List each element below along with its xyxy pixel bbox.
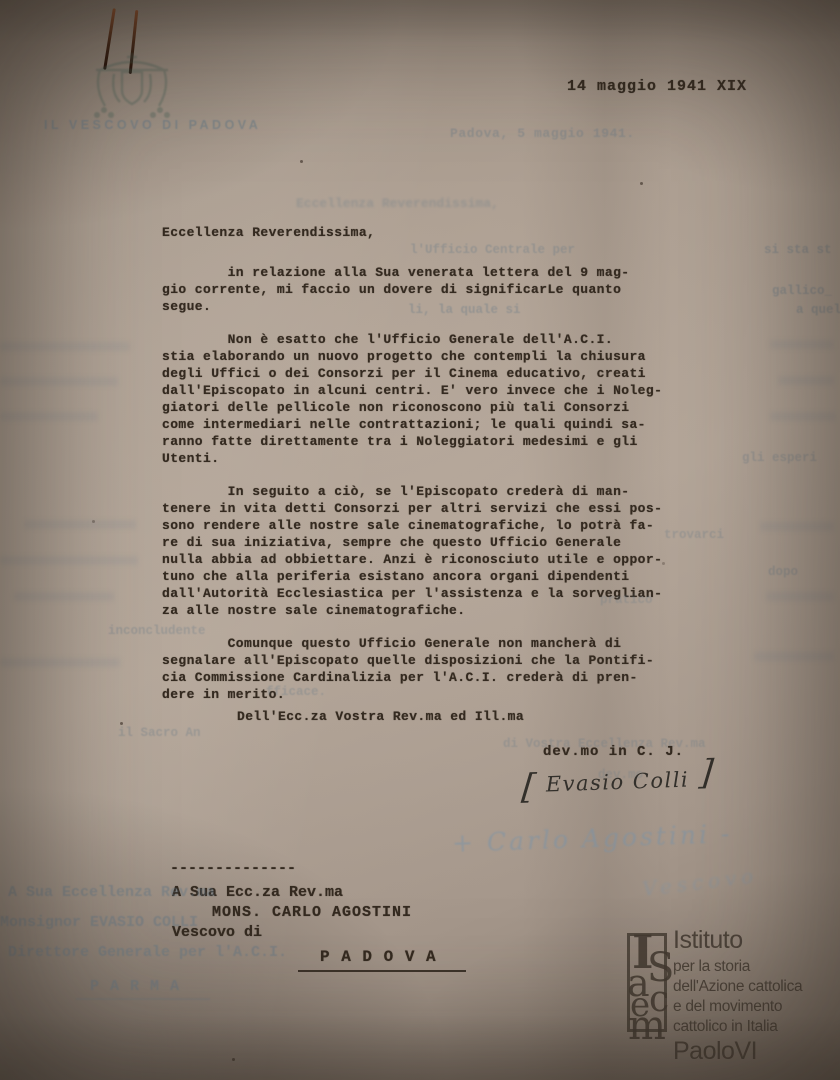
ghost-signature-title: Vescovo (641, 863, 759, 901)
letter-line: gio corrente, mi faccio un dovere di sig… (162, 281, 662, 298)
watermark-line: dell'Azione cattolica (673, 978, 802, 996)
recipient-line: MONS. CARLO AGOSTINI (212, 904, 412, 921)
ghost-fragment: trovarci (664, 528, 724, 542)
letter-line: giatori delle pellicole non riconoscono … (162, 399, 662, 416)
ghost-fragment: si sta st (764, 243, 832, 257)
recipient-city: P A D O V A (298, 948, 466, 972)
letter-line: In seguito a ciò, se l'Episcopato creder… (162, 483, 662, 500)
ghost-signature: + Carlo Agostini - (452, 819, 733, 858)
paper-speck (120, 722, 123, 725)
watermark-brand: PaoloVI (673, 1037, 802, 1066)
paper-speck (640, 182, 643, 185)
letter-line: in relazione alla Sua venerata lettera d… (162, 264, 662, 281)
letter-line: segnalare all'Episcopato quelle disposiz… (162, 652, 662, 669)
letter-line: dall'Episcopato in alcuni centri. E' ver… (162, 382, 662, 399)
letter-line: za alle nostre sale cinematografiche. (162, 602, 662, 619)
watermark-title: Istituto (673, 926, 802, 955)
ghost-salutation: Eccellenza Reverendissima, (296, 196, 499, 211)
letter-line: cia Commissione Cardinalizia per l'A.C.I… (162, 669, 662, 686)
ghost-date-line: Padova, 5 maggio 1941. (450, 126, 635, 141)
letter-line: Utenti. (162, 450, 662, 467)
paper-speck (300, 160, 303, 163)
ghost-fragment: gallico_ (772, 284, 832, 298)
ghost-recipient-line: Direttore Generale per l'A.C.I. (8, 944, 287, 961)
ghost-smudge (24, 520, 136, 529)
valediction: Dell'Ecc.za Vostra Rev.ma ed Ill.ma (237, 708, 524, 725)
isacem-logo-icon: I S a e c m (627, 933, 667, 1032)
paper-speck (232, 1058, 235, 1061)
ghost-fragment: pratico (600, 593, 653, 607)
ghost-smudge (0, 377, 118, 386)
signature-bracket: [ (520, 767, 537, 808)
ghost-recipient-line: A Sua Eccellenza Rev.ma (8, 884, 215, 901)
ghost-recipient-line: Monsignor EVASIO COLLI (0, 914, 198, 931)
recipient-divider: -------------- (170, 860, 296, 877)
archive-watermark: I S a e c m Istituto per la storia dell'… (627, 926, 837, 1056)
watermark-line: e del movimento (673, 998, 802, 1016)
salutation: Eccellenza Reverendissima, (162, 224, 375, 241)
letter-line: Comunque questo Ufficio Generale non man… (162, 635, 662, 652)
ghost-smudge (0, 658, 120, 667)
letter-body: in relazione alla Sua venerata lettera d… (162, 264, 662, 703)
signature-bracket: ] (697, 753, 714, 794)
letter-line: nulla abbia ad obbiettare. Anzi è ricono… (162, 551, 662, 568)
paper-speck (662, 562, 665, 565)
ghost-fragment: inconcludente (108, 624, 206, 638)
scanned-letter-page: IL VESCOVO DI PADOVA 14 maggio 1941 XIX … (0, 0, 840, 1080)
letter-line: ranno fatte direttamente tra i Noleggiat… (162, 433, 662, 450)
ghost-fragment: a quel (796, 303, 840, 317)
letter-line: re di sua iniziativa, sempre che questo … (162, 534, 662, 551)
letter-line: stia elaborando un nuovo progetto che co… (162, 348, 662, 365)
isacem-letter: m (628, 1006, 666, 1046)
ghost-smudge (0, 556, 138, 565)
ghost-fragment: il Sacro An (118, 726, 201, 740)
ghost-smudge (0, 342, 130, 351)
ghost-smudge (778, 376, 834, 385)
ghost-smudge (760, 522, 834, 531)
ghost-smudge (14, 592, 114, 601)
ghost-recipient-city: P A R M A (76, 978, 210, 1000)
ghost-smudge (754, 652, 834, 661)
ghost-smudge (766, 592, 834, 601)
ghost-fragment: li, la quale si (408, 303, 521, 317)
ghost-smudge (0, 412, 98, 421)
letter-line: come intermediari nelle contrattazioni; … (162, 416, 662, 433)
letter-line: tuno che alla periferia esistano ancora … (162, 568, 662, 585)
letter-line (162, 315, 662, 331)
letter-line: sono rendere alle nostre sale cinematogr… (162, 517, 662, 534)
ghost-smudge (770, 340, 834, 349)
letter-line (162, 619, 662, 635)
letter-line: degli Uffici o dei Consorzi per il Cinem… (162, 365, 662, 382)
letter-line: dall'Autorità Ecclesiastica per l'assist… (162, 585, 662, 602)
paper-speck (92, 520, 95, 523)
ghost-letterhead: IL VESCOVO DI PADOVA (44, 118, 261, 132)
watermark-line: per la storia (673, 958, 802, 976)
letter-line: dere in merito. (162, 686, 662, 703)
ghost-fragment: gli esperi (742, 451, 817, 465)
ghost-fragment: l'Ufficio Centrale per (410, 243, 575, 257)
handwritten-signature: [ Evasio Colli ] (521, 753, 713, 808)
letter-line (162, 467, 662, 483)
letter-line: tenere in vita detti Consorzi per altri … (162, 500, 662, 517)
watermark-line: cattolico in Italia (673, 1018, 802, 1036)
signature-name: Evasio Colli (539, 767, 695, 796)
ghost-smudge (770, 412, 836, 421)
ghost-fragment: fficace. (266, 685, 326, 699)
date-line: 14 maggio 1941 XIX (567, 78, 747, 95)
ghost-fragment: dopo (768, 565, 798, 579)
letter-line: Non è esatto che l'Ufficio Generale dell… (162, 331, 662, 348)
